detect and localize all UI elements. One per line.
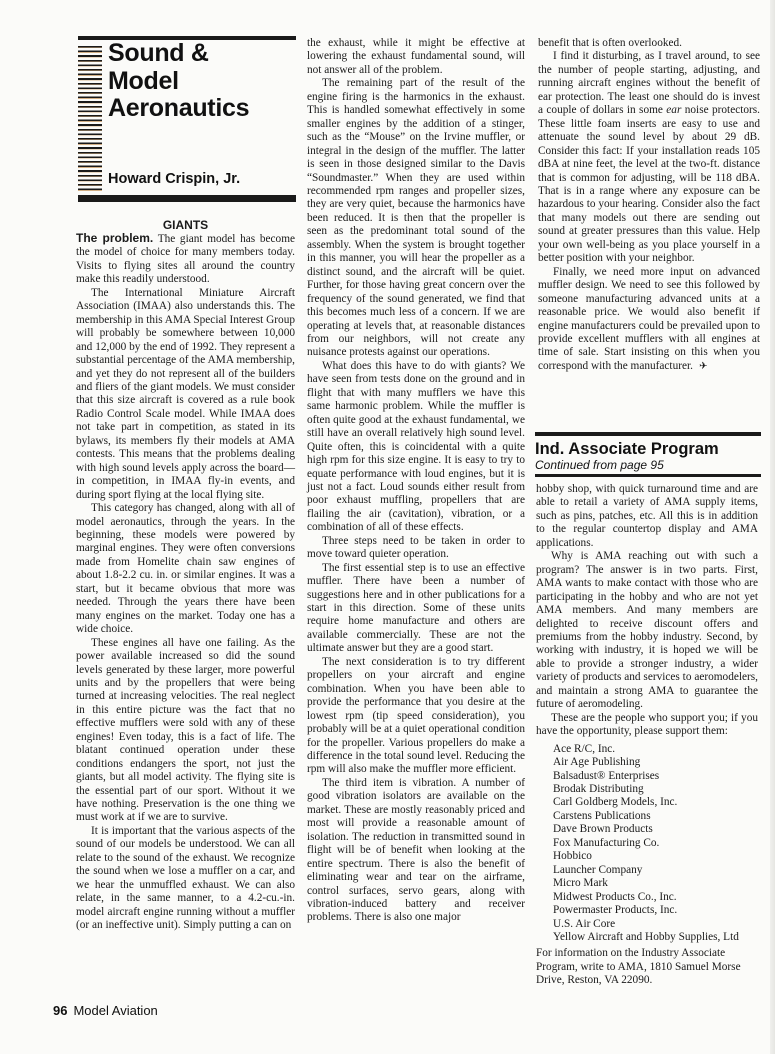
paragraph: The first essential step is to use an ef… xyxy=(307,562,525,656)
title-line-2: Model xyxy=(108,68,249,96)
paragraph: Finally, we need more input on advanced … xyxy=(538,266,760,374)
paragraph: The third item is vibration. A number of… xyxy=(307,777,525,925)
section-heading: GIANTS xyxy=(76,218,295,232)
paragraph: These engines all have one failing. As t… xyxy=(76,637,295,825)
paragraph: the exhaust, while it might be effective… xyxy=(307,37,525,77)
title-bottom-rule xyxy=(78,195,296,202)
supporter-item: Hobbico xyxy=(553,850,758,863)
supporter-item: Carl Goldberg Models, Inc. xyxy=(553,796,758,809)
paragraph: This category has changed, along with al… xyxy=(76,502,295,637)
paragraph: Three steps need to be taken in order to… xyxy=(307,535,525,562)
paragraph: The International Miniature Aircraft Ass… xyxy=(76,287,295,502)
page-edge xyxy=(770,0,775,1054)
article-title: Sound & Model Aeronautics xyxy=(108,40,249,123)
page-folio: 96Model Aviation xyxy=(53,1003,158,1018)
column-3-article: benefit that is often overlooked. I find… xyxy=(538,37,760,373)
runin-heading: The problem. xyxy=(76,231,153,245)
supporter-item: Yellow Aircraft and Hobby Supplies, Ltd xyxy=(553,931,758,944)
supporter-item: Micro Mark xyxy=(553,877,758,890)
supporter-list: Ace R/C, Inc. Air Age Publishing Balsadu… xyxy=(553,743,758,945)
paragraph-text: noise protectors. These little foam inse… xyxy=(538,104,760,264)
supporter-item: Brodak Distributing xyxy=(553,783,758,796)
paragraph: I find it disturbing, as I travel around… xyxy=(538,50,760,265)
supporter-item: Carstens Publications xyxy=(553,810,758,823)
page-number: 96 xyxy=(53,1003,67,1018)
sidebar-title: Ind. Associate Program xyxy=(535,440,761,458)
title-line-3: Aeronautics xyxy=(108,95,249,123)
paragraph: The remaining part of the result of the … xyxy=(307,77,525,360)
paragraph: The next consideration is to try differe… xyxy=(307,656,525,777)
closing-paragraph: For information on the Industry Associat… xyxy=(536,947,758,987)
supporter-item: Powermaster Products, Inc. xyxy=(553,904,758,917)
paragraph: The problem. The giant model has become … xyxy=(76,232,295,287)
publication-name: Model Aviation xyxy=(73,1003,157,1018)
supporter-item: Air Age Publishing xyxy=(553,756,758,769)
sidebar-continued-note: Continued from page 95 xyxy=(535,458,761,472)
sidebar-bottom-rule xyxy=(535,474,761,477)
sidebar-top-rule xyxy=(535,432,761,436)
airplane-end-mark-icon: ✈ xyxy=(699,361,707,372)
supporter-item: Midwest Products Co., Inc. xyxy=(553,891,758,904)
sidebar-body: hobby shop, with quick turnaround time a… xyxy=(536,483,758,988)
title-line-1: Sound & xyxy=(108,40,249,68)
sidebar-header: Ind. Associate Program Continued from pa… xyxy=(535,432,761,477)
supporter-item: U.S. Air Core xyxy=(553,918,758,931)
supporter-item: Launcher Company xyxy=(553,864,758,877)
italic-text: ear xyxy=(666,104,681,116)
supporter-item: Ace R/C, Inc. xyxy=(553,743,758,756)
paragraph-text: Finally, we need more input on advanced … xyxy=(538,266,760,372)
paragraph: benefit that is often overlooked. xyxy=(538,37,760,50)
paragraph: It is important that the various aspects… xyxy=(76,825,295,933)
paragraph: What does this have to do with giants? W… xyxy=(307,360,525,535)
paragraph: hobby shop, with quick turnaround time a… xyxy=(536,483,758,550)
column-1: GIANTS The problem. The giant model has … xyxy=(76,218,295,933)
article-title-block: Sound & Model Aeronautics Howard Crispin… xyxy=(78,36,296,202)
decorative-stripes xyxy=(78,46,102,192)
paragraph: Why is AMA reaching out with such a prog… xyxy=(536,550,758,711)
supporter-item: Dave Brown Products xyxy=(553,823,758,836)
supporter-item: Fox Manufacturing Co. xyxy=(553,837,758,850)
column-2: the exhaust, while it might be effective… xyxy=(307,37,525,925)
article-author: Howard Crispin, Jr. xyxy=(108,171,240,187)
paragraph: These are the people who support you; if… xyxy=(536,712,758,739)
supporter-item: Balsadust® Enterprises xyxy=(553,770,758,783)
